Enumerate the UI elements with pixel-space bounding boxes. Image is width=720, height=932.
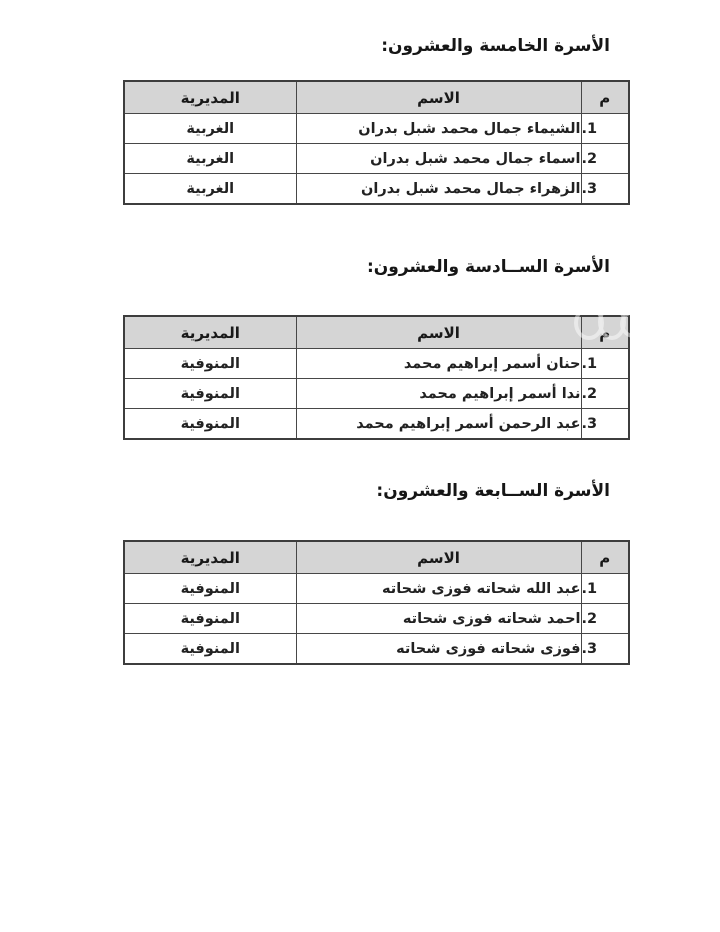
person-name: احمد شحاته فوزى شحاته [296,604,581,634]
row-number: 1. [581,114,629,144]
table-row: 3. عبد الرحمن أسمر إبراهيم محمد المنوفية [124,409,629,440]
document-page: الأسرة الخامسة والعشرون: م الاسم المديري… [0,0,720,932]
header-cell-name: الاسم [296,316,581,349]
person-name: ندا أسمر إبراهيم محمد [296,379,581,409]
table-header-row: م الاسم المديرية [124,541,629,574]
row-number: 2. [581,144,629,174]
person-name: الزهراء جمال محمد شبل بدران [296,174,581,205]
table-row: 3. فوزى شحاته فوزى شحاته المنوفية [124,634,629,665]
person-name: عبد الرحمن أسمر إبراهيم محمد [296,409,581,440]
table-row: 2. ندا أسمر إبراهيم محمد المنوفية [124,379,629,409]
header-cell-directorate: المديرية [124,81,296,114]
section-heading-family-26: الأسرة الســادسة والعشرون: [367,257,610,277]
person-name: اسماء جمال محمد شبل بدران [296,144,581,174]
header-cell-directorate: المديرية [124,316,296,349]
directorate: المنوفية [124,379,296,409]
table-row: 1. الشيماء جمال محمد شبل بدران الغربية [124,114,629,144]
table-header-row: م الاسم المديرية [124,316,629,349]
row-number: 3. [581,174,629,205]
header-cell-directorate: المديرية [124,541,296,574]
header-cell-name: الاسم [296,81,581,114]
table-row: 1. عبد الله شحاته فوزى شحاته المنوفية [124,574,629,604]
header-cell-num: م [581,541,629,574]
table-row: 2. احمد شحاته فوزى شحاته المنوفية [124,604,629,634]
directorate: المنوفية [124,634,296,665]
family-table-25: م الاسم المديرية 1. الشيماء جمال محمد شب… [123,80,630,205]
section-heading-family-27: الأسرة الســابعة والعشرون: [376,481,610,501]
person-name: الشيماء جمال محمد شبل بدران [296,114,581,144]
table-row: 3. الزهراء جمال محمد شبل بدران الغربية [124,174,629,205]
row-number: 2. [581,379,629,409]
table-row: 1. حنان أسمر إبراهيم محمد المنوفية [124,349,629,379]
person-name: عبد الله شحاته فوزى شحاته [296,574,581,604]
table-row: 2. اسماء جمال محمد شبل بدران الغربية [124,144,629,174]
directorate: المنوفية [124,409,296,440]
person-name: حنان أسمر إبراهيم محمد [296,349,581,379]
directorate: المنوفية [124,349,296,379]
row-number: 3. [581,634,629,665]
family-table-27: م الاسم المديرية 1. عبد الله شحاته فوزى … [123,540,630,665]
section-heading-family-25: الأسرة الخامسة والعشرون: [381,36,610,56]
header-cell-num: م [581,81,629,114]
directorate: المنوفية [124,574,296,604]
row-number: 2. [581,604,629,634]
directorate: الغربية [124,114,296,144]
directorate: الغربية [124,144,296,174]
row-number: 1. [581,574,629,604]
directorate: المنوفية [124,604,296,634]
directorate: الغربية [124,174,296,205]
table-header-row: م الاسم المديرية [124,81,629,114]
row-number: 1. [581,349,629,379]
header-cell-name: الاسم [296,541,581,574]
row-number: 3. [581,409,629,440]
family-table-26: م الاسم المديرية 1. حنان أسمر إبراهيم مح… [123,315,630,440]
person-name: فوزى شحاته فوزى شحاته [296,634,581,665]
header-cell-num: م [581,316,629,349]
